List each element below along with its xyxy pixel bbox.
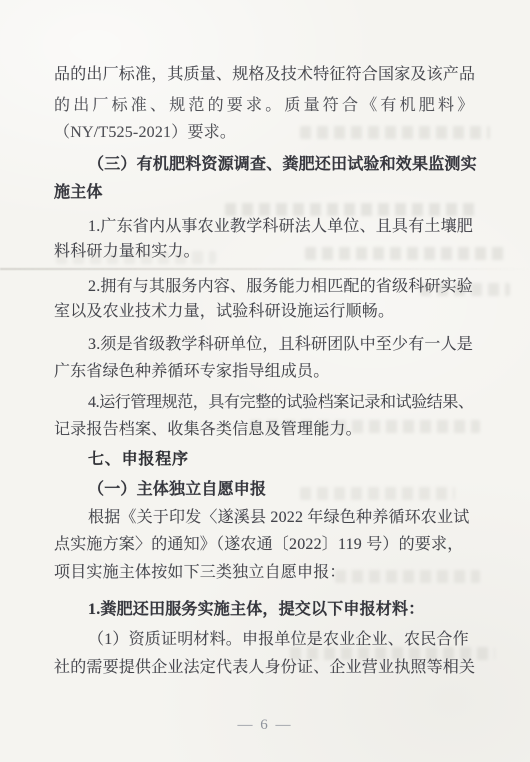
subsection-1-heading: （一）主体独立自愿申报 — [54, 475, 510, 505]
numbered-item-4-line: 记录报告档案、收集各类信息及管理能力。 — [54, 415, 476, 445]
body-line: （NY/T525-2021）要求。 — [54, 118, 476, 148]
numbered-item-4-line: 4.运行管理规范，具有完整的试验档案记录和试验结果、 — [54, 388, 510, 418]
scan-crease-line — [0, 268, 530, 270]
document-page: 品的出厂标准，其质量、规格及技术特征符合国家及该产品 的出厂标准、规范的要求。质… — [0, 0, 530, 762]
section-7-heading: 七、申报程序 — [54, 445, 510, 475]
body-line: 品的出厂标准，其质量、规格及技术特征符合国家及该产品 — [54, 60, 476, 90]
numbered-item-3-line: 3.须是省级教学科研单位，且科研团队中至少有一人是 — [54, 330, 510, 360]
body-line: 社的需要提供企业法定代表人身份证、企业营业执照等相关 — [54, 653, 476, 683]
numbered-item-2-line: 室以及农业技术力量，试验科研设施运行顺畅。 — [54, 297, 476, 327]
item-1-heading: 1.粪肥还田服务实施主体，提交以下申报材料： — [54, 595, 510, 625]
page-number: — 6 — — [0, 710, 530, 740]
body-line: 点实施方案〉的通知》（遂农通〔2022〕119 号）的要求， — [54, 530, 476, 560]
body-line: （1）资质证明材料。申报单位是农业企业、农民合作 — [54, 625, 510, 655]
body-line: 根据《关于印发〈遂溪县 2022 年绿色种养循环农业试 — [54, 503, 510, 533]
body-line: 项目实施主体按如下三类独立自愿申报： — [54, 558, 476, 588]
section-3-heading: （三）有机肥料资源调查、粪肥还田试验和效果监测实 — [54, 150, 510, 180]
numbered-item-3-line: 广东省绿色种养循环专家指导组成员。 — [54, 357, 476, 387]
section-3-heading-2: 施主体 — [54, 178, 476, 208]
numbered-item-1-line: 料科研力量和实力。 — [54, 237, 476, 267]
body-line: 的出厂标准、规范的要求。质量符合《有机肥料》 — [54, 91, 476, 121]
